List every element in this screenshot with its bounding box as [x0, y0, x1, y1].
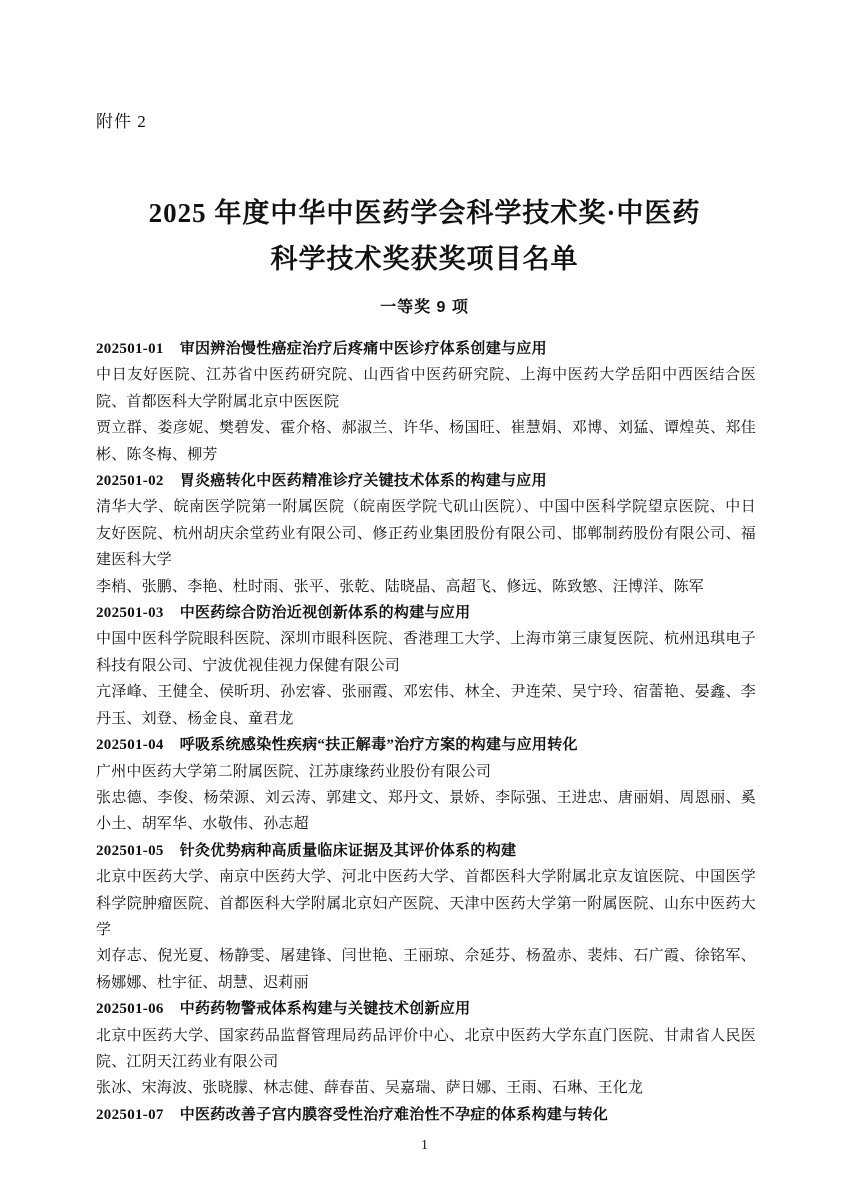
award-entry: 202501-05针灸优势病种高质量临床证据及其评价体系的构建 北京中医药大学、…: [96, 838, 756, 996]
entry-code: 202501-03: [96, 605, 164, 621]
entry-institutions: 中国中医科学院眼科医院、深圳市眼科医院、香港理工大学、上海市第三康复医院、杭州迅…: [96, 626, 756, 679]
entry-institutions: 北京中医药大学、国家药品监督管理局药品评价中心、北京中医药大学东直门医院、甘肃省…: [96, 1023, 756, 1076]
entry-title: 202501-02胃炎癌转化中医药精准诊疗关键技术体系的构建与应用: [96, 468, 756, 494]
award-entry: 202501-06中药药物警戒体系构建与关键技术创新应用 北京中医药大学、国家药…: [96, 996, 756, 1102]
attachment-label: 附件 2: [96, 107, 147, 132]
entry-code: 202501-04: [96, 737, 164, 753]
entry-title: 202501-05针灸优势病种高质量临床证据及其评价体系的构建: [96, 838, 756, 864]
entry-people: 张忠德、李俊、杨荣源、刘云涛、郭建文、郑丹文、景娇、李际强、王进忠、唐丽娟、周恩…: [96, 785, 756, 838]
award-entry: 202501-04呼吸系统感染性疾病“扶正解毒”治疗方案的构建与应用转化 广州中…: [96, 732, 756, 838]
entry-title: 202501-07中医药改善子宫内膜容受性治疗难治性不孕症的体系构建与转化: [96, 1102, 756, 1128]
entry-code: 202501-01: [96, 341, 164, 357]
entry-people: 亢泽峰、王健全、侯昕玥、孙宏睿、张丽霞、邓宏伟、林全、尹连荣、吴宁玲、宿蕾艳、晏…: [96, 679, 756, 732]
award-entries-list: 202501-01审因辨治慢性癌症治疗后疼痛中医诊疗体系创建与应用 中日友好医院…: [96, 336, 756, 1128]
document-title-line2: 科学技术奖获奖项目名单: [70, 236, 779, 282]
entry-code: 202501-07: [96, 1107, 164, 1123]
document-title: 2025 年度中华中医药学会科学技术奖·中医药 科学技术奖获奖项目名单: [70, 190, 779, 282]
entry-people: 贾立群、娄彦妮、樊碧发、霍介格、郝淑兰、许华、杨国旺、崔慧娟、邓博、刘猛、谭煌英…: [96, 415, 756, 468]
entry-title-text: 审因辨治慢性癌症治疗后疼痛中医诊疗体系创建与应用: [180, 341, 547, 357]
page-number: 1: [0, 1138, 849, 1154]
entry-institutions: 中日友好医院、江苏省中医药研究院、山西省中医药研究院、上海中医药大学岳阳中西医结…: [96, 362, 756, 415]
entry-people: 刘存志、倪光夏、杨静雯、屠建锋、闫世艳、王丽琼、佘延芬、杨盈赤、裴炜、石广霞、徐…: [96, 943, 756, 996]
award-entry: 202501-02胃炎癌转化中医药精准诊疗关键技术体系的构建与应用 清华大学、皖…: [96, 468, 756, 600]
entry-title-text: 呼吸系统感染性疾病“扶正解毒”治疗方案的构建与应用转化: [180, 737, 578, 753]
entry-institutions: 北京中医药大学、南京中医药大学、河北中医药大学、首都医科大学附属北京友谊医院、中…: [96, 864, 756, 943]
award-entry: 202501-03中医药综合防治近视创新体系的构建与应用 中国中医科学院眼科医院…: [96, 600, 756, 732]
entry-title-text: 胃炎癌转化中医药精准诊疗关键技术体系的构建与应用: [180, 473, 547, 489]
document-subtitle: 一等奖 9 项: [70, 294, 779, 317]
entry-people: 李梢、张鹏、李艳、杜时雨、张平、张乾、陆晓晶、高超飞、修远、陈致慜、汪博洋、陈军: [96, 574, 756, 600]
entry-institutions: 广州中医药大学第二附属医院、江苏康缘药业股份有限公司: [96, 759, 756, 785]
document-title-line1: 2025 年度中华中医药学会科学技术奖·中医药: [70, 190, 779, 236]
entry-title-text: 中医药改善子宫内膜容受性治疗难治性不孕症的体系构建与转化: [180, 1107, 608, 1123]
award-entry: 202501-07中医药改善子宫内膜容受性治疗难治性不孕症的体系构建与转化: [96, 1102, 756, 1128]
entry-title-text: 中药药物警戒体系构建与关键技术创新应用: [180, 1001, 471, 1017]
entry-title: 202501-01审因辨治慢性癌症治疗后疼痛中医诊疗体系创建与应用: [96, 336, 756, 362]
document-page: 附件 2 2025 年度中华中医药学会科学技术奖·中医药 科学技术奖获奖项目名单…: [0, 0, 849, 1200]
entry-institutions: 清华大学、皖南医学院第一附属医院（皖南医学院弋矶山医院）、中国中医科学院望京医院…: [96, 494, 756, 573]
award-entry: 202501-01审因辨治慢性癌症治疗后疼痛中医诊疗体系创建与应用 中日友好医院…: [96, 336, 756, 468]
entry-people: 张冰、宋海波、张晓朦、林志健、薛春苗、吴嘉瑞、萨日娜、王雨、石琳、王化龙: [96, 1075, 756, 1101]
entry-title: 202501-06中药药物警戒体系构建与关键技术创新应用: [96, 996, 756, 1022]
entry-title: 202501-04呼吸系统感染性疾病“扶正解毒”治疗方案的构建与应用转化: [96, 732, 756, 758]
entry-code: 202501-05: [96, 843, 164, 859]
entry-code: 202501-06: [96, 1001, 164, 1017]
entry-title-text: 针灸优势病种高质量临床证据及其评价体系的构建: [180, 843, 517, 859]
entry-code: 202501-02: [96, 473, 164, 489]
entry-title-text: 中医药综合防治近视创新体系的构建与应用: [180, 605, 471, 621]
entry-title: 202501-03中医药综合防治近视创新体系的构建与应用: [96, 600, 756, 626]
